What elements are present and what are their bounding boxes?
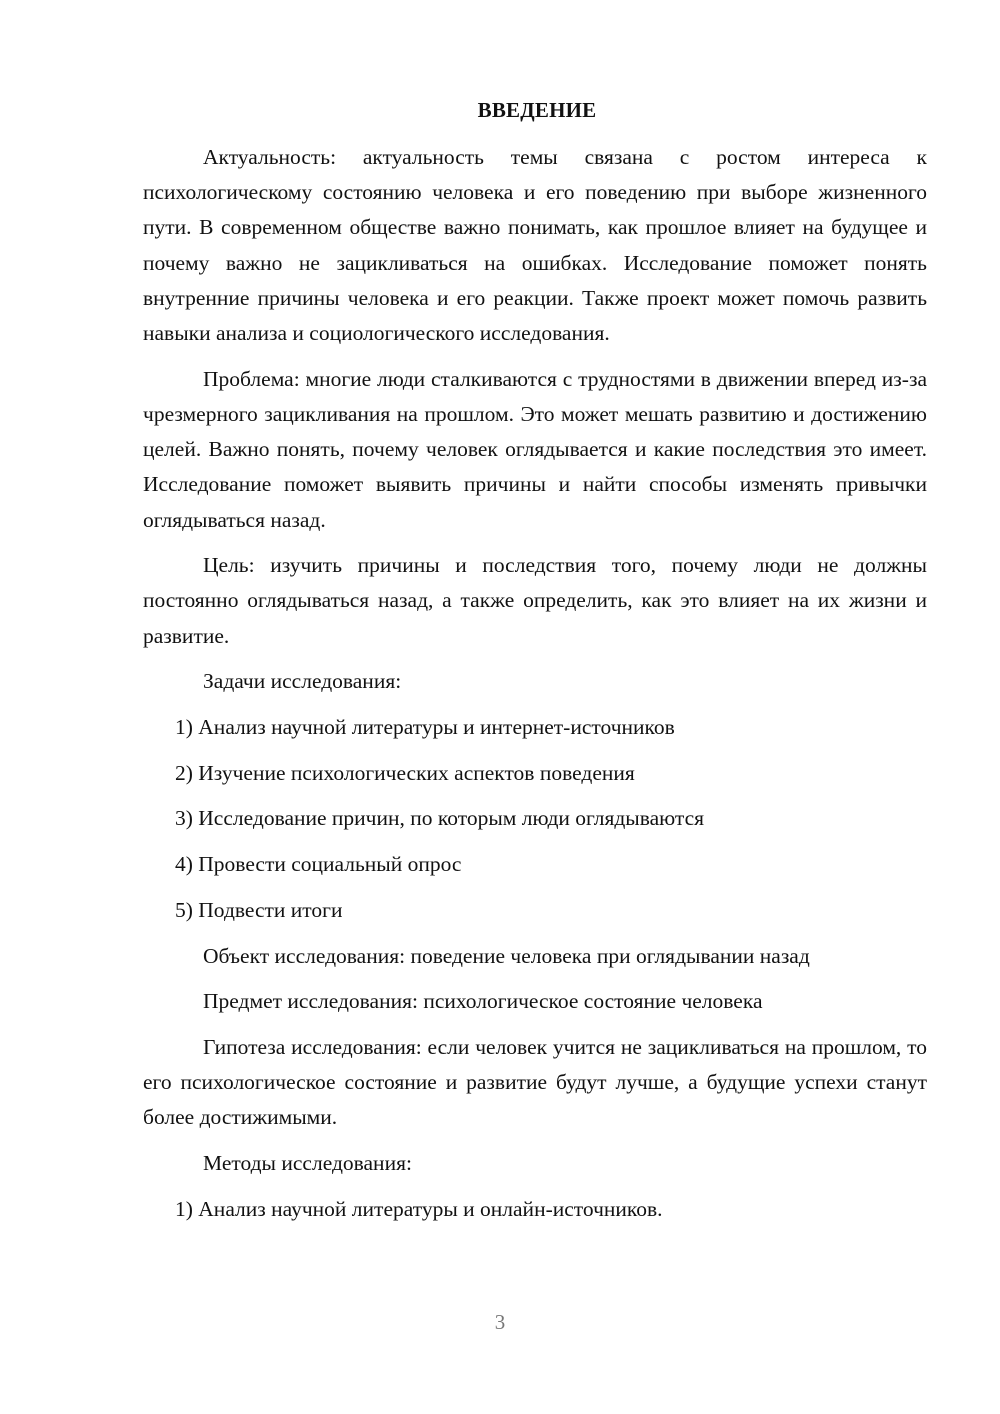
page-number: 3 <box>0 1307 1000 1337</box>
methods-list: 1) Анализ научной литературы и онлайн-ис… <box>143 1192 927 1227</box>
goal-paragraph: Цель: изучить причины и последствия того… <box>143 548 927 654</box>
tasks-heading: Задачи исследования: <box>143 664 927 699</box>
problem-paragraph: Проблема: многие люди сталкиваются с тру… <box>143 362 927 538</box>
list-item: 1) Анализ научной литературы и онлайн-ис… <box>143 1192 927 1227</box>
hypothesis-paragraph: Гипотеза исследования: если человек учит… <box>143 1030 927 1136</box>
list-item: 2) Изучение психологических аспектов пов… <box>143 756 927 791</box>
list-item: 1) Анализ научной литературы и интернет-… <box>143 710 927 745</box>
document-page: ВВЕДЕНИЕ Актуальность: актуальность темы… <box>143 94 927 1237</box>
relevance-paragraph: Актуальность: актуальность темы связана … <box>143 140 927 351</box>
tasks-list: 1) Анализ научной литературы и интернет-… <box>143 710 927 928</box>
object-paragraph: Объект исследования: поведение человека … <box>143 939 927 974</box>
methods-heading: Методы исследования: <box>143 1146 927 1181</box>
section-title: ВВЕДЕНИЕ <box>143 94 927 126</box>
list-item: 4) Провести социальный опрос <box>143 847 927 882</box>
subject-paragraph: Предмет исследования: психологическое со… <box>143 984 927 1019</box>
list-item: 3) Исследование причин, по которым люди … <box>143 801 927 836</box>
list-item: 5) Подвести итоги <box>143 893 927 928</box>
